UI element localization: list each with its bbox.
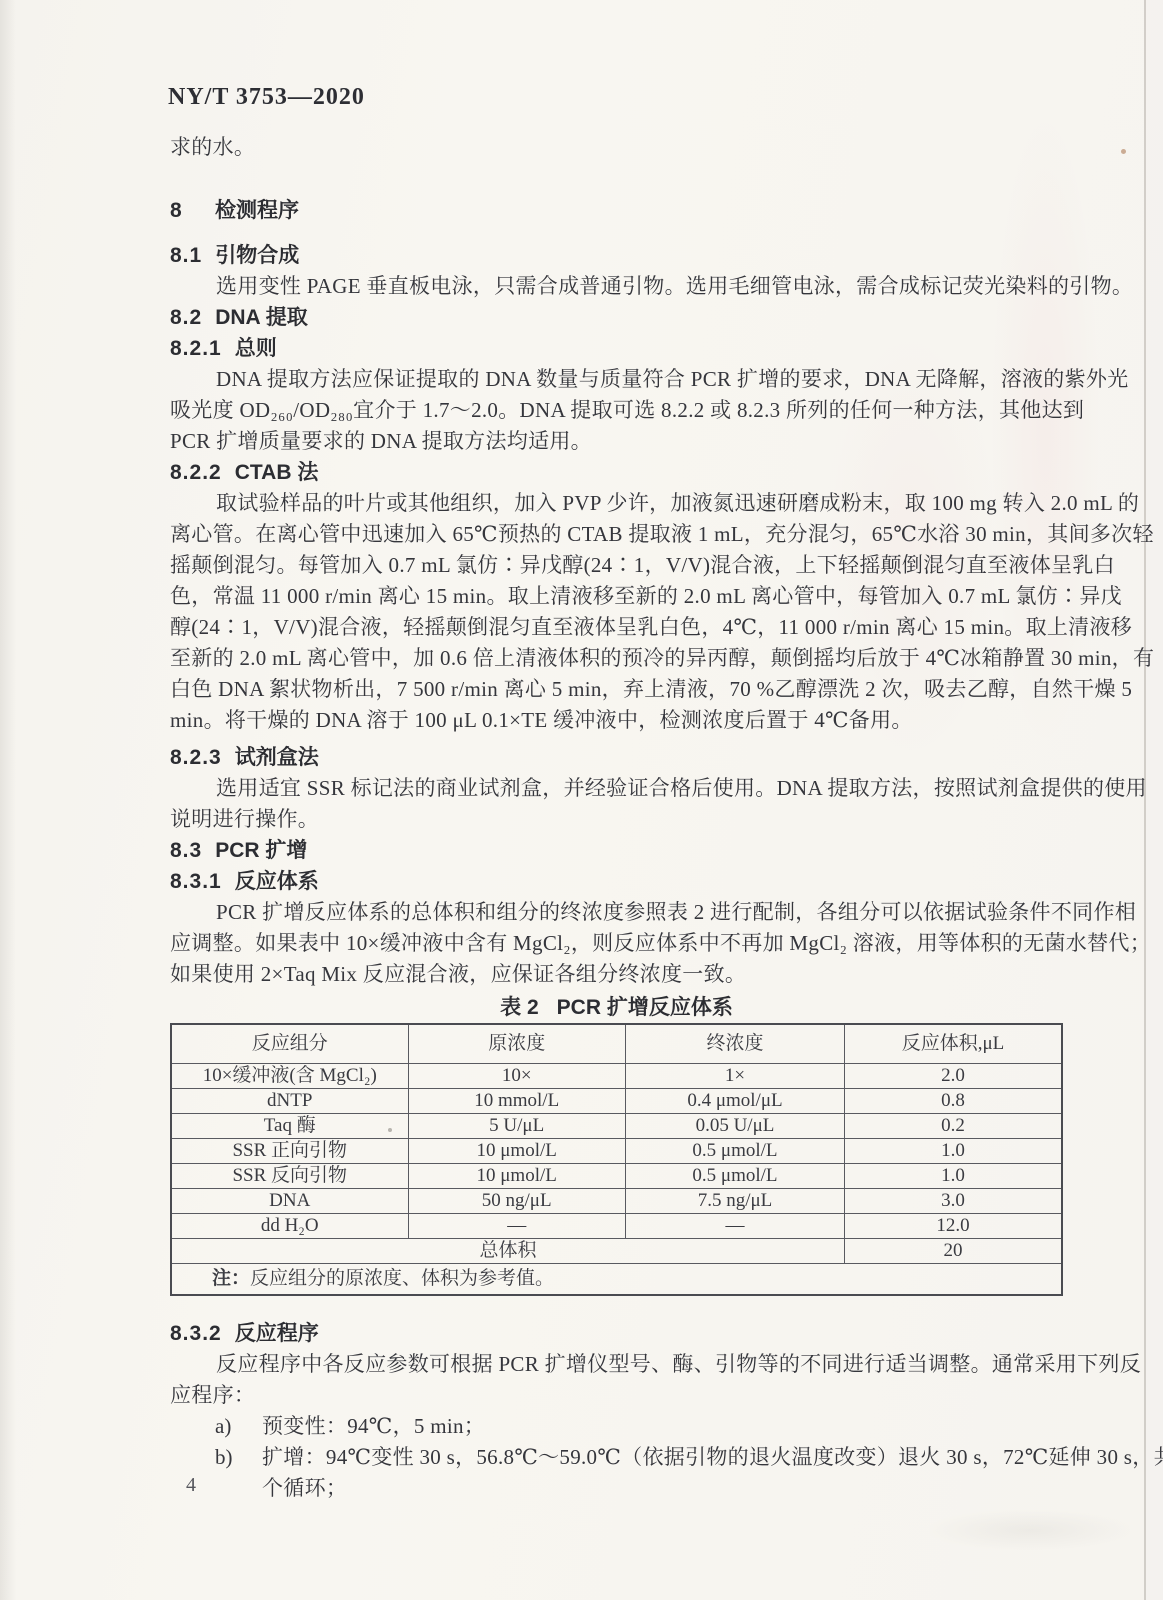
heading-title: 总则 [235,337,277,360]
table-row: dNTP 10 mmol/L 0.4 μmol/μL 0.8 [171,1089,1062,1114]
doc-code: NY/T 3753—2020 [168,84,365,111]
paragraph-8-2-1: DNA 提取方法应保证提取的 DNA 数量与质量符合 PCR 扩增的要求，DNA… [170,364,1063,457]
scan-left-shadow [0,0,16,1600]
list-item-b: b) 扩增：94℃变性 30 s，56.8℃～59.0℃（依据引物的退火温度改变… [170,1442,1063,1504]
heading-title: 反应体系 [235,870,319,893]
paragraph-8-2-2: 取试验样品的叶片或其他组织，加入 PVP 少许，加液氮迅速研磨成粉末，取 100… [170,488,1063,736]
table-cell: dNTP [171,1089,408,1114]
table-row: DNA 50 ng/μL 7.5 ng/μL 3.0 [171,1189,1062,1214]
table-cell: 50 ng/μL [408,1189,625,1214]
list-item-text: 扩增：94℃变性 30 s，56.8℃～59.0℃（依据引物的退火温度改变）退火… [262,1442,1163,1504]
table-cell: 1.0 [845,1139,1062,1164]
table-cell: SSR 反向引物 [171,1164,408,1189]
table-cell: 1.0 [845,1164,1062,1189]
text-line: 白色 DNA 絮状物析出，7 500 r/min 离心 5 min，弃上清液，7… [170,674,1063,705]
table-cell: — [625,1214,844,1239]
table-row: SSR 正向引物 10 μmol/L 0.5 μmol/L 1.0 [171,1139,1062,1164]
table-row: 10×缓冲液(含 MgCl₂) 10× 1× 2.0 [171,1064,1062,1089]
heading-title: 引物合成 [215,244,299,267]
table-cell: 0.5 μmol/L [625,1164,844,1189]
table-total-label: 总体积 [171,1239,845,1264]
section-heading-8-2-3: 8.2.3试剂盒法 [170,742,1063,773]
section-heading-8: 8检测程序 [170,195,1063,226]
table-cell: 10× [408,1064,625,1089]
table-row: Taq 酶 5 U/μL 0.05 U/μL 0.2 [171,1114,1062,1139]
table-row: dd H₂O — — 12.0 [171,1214,1062,1239]
section-heading-8-2-1: 8.2.1总则 [170,333,1063,364]
heading-number: 8.2 [170,306,202,329]
heading-title: CTAB 法 [235,461,319,484]
table-cell: 7.5 ng/μL [625,1189,844,1214]
text-line: 预变性：94℃，5 min； [262,1411,1063,1442]
table-cell: 10 mmol/L [408,1089,625,1114]
text-line: PCR 扩增质量要求的 DNA 提取方法均适用。 [170,426,1063,457]
text-line: 应调整。如果表中 10×缓冲液中含有 MgCl₂，则反应体系中不再加 MgCl₂… [170,928,1063,959]
heading-number: 8.3 [170,839,202,862]
text-line: 选用变性 PAGE 垂直板电泳，只需合成普通引物。选用毛细管电泳，需合成标记荧光… [170,271,1063,302]
section-heading-8-2: 8.2DNA 提取 [170,302,1063,333]
paragraph-8-2-3: 选用适宜 SSR 标记法的商业试剂盒，并经验证合格后使用。DNA 提取方法，按照… [170,773,1063,835]
pcr-reaction-table: 反应组分 原浓度 终浓度 反应体积,μL 10×缓冲液(含 MgCl₂) 10×… [170,1023,1063,1296]
table-cell: 0.4 μmol/μL [625,1089,844,1114]
text-line: 离心管。在离心管中迅速加入 65℃预热的 CTAB 提取液 1 mL，充分混匀，… [170,519,1063,550]
table-note-text: 反应组分的原浓度、体积为参考值。 [250,1268,554,1289]
table-cell: 2.0 [845,1064,1062,1089]
heading-number: 8.2.1 [170,337,222,360]
table-cell: 3.0 [845,1189,1062,1214]
text-line: 扩增：94℃变性 30 s，56.8℃～59.0℃（依据引物的退火温度改变）退火… [262,1442,1163,1473]
list-item-label: b) [170,1442,262,1473]
text-line: DNA 提取方法应保证提取的 DNA 数量与质量符合 PCR 扩增的要求，DNA… [170,364,1063,395]
table-header-cell: 终浓度 [625,1024,844,1064]
heading-number: 8.2.3 [170,746,222,769]
heading-title: 反应程序 [235,1322,319,1345]
table-total-row: 总体积 20 [171,1239,1062,1264]
table-header-cell: 反应组分 [171,1024,408,1064]
text-line: 色，常温 11 000 r/min 离心 15 min。取上清液移至新的 2.0… [170,581,1063,612]
table-total-value: 20 [845,1239,1062,1264]
table-header-cell: 原浓度 [408,1024,625,1064]
list-item-text: 预变性：94℃，5 min； [262,1411,1063,1442]
table-caption-title: PCR 扩增反应体系 [557,996,733,1019]
list-item-label-text: a) [215,1411,262,1442]
scan-speck [1121,149,1126,154]
text-line: 醇(24∶1，V/V)混合液，轻摇颠倒混匀直至液体呈乳白色，4℃，11 000 … [170,612,1063,643]
heading-number: 8.3.2 [170,1322,222,1345]
table-caption: 表 2PCR 扩增反应体系 [170,992,1063,1023]
section-heading-8-3-2: 8.3.2反应程序 [170,1318,1063,1349]
table-cell: 0.2 [845,1114,1062,1139]
text-line: 取试验样品的叶片或其他组织，加入 PVP 少许，加液氮迅速研磨成粉末，取 100… [170,488,1063,519]
heading-title: PCR 扩增 [215,839,307,862]
page-content: 求的水。 8检测程序 8.1引物合成 选用变性 PAGE 垂直板电泳，只需合成普… [170,132,1063,1504]
table-cell: DNA [171,1189,408,1214]
section-heading-8-3-1: 8.3.1反应体系 [170,866,1063,897]
document-page: NY/T 3753—2020 求的水。 8检测程序 8.1引物合成 选用变性 P… [0,0,1163,1600]
text-line: 选用适宜 SSR 标记法的商业试剂盒，并经验证合格后使用。DNA 提取方法，按照… [170,773,1063,804]
table-cell: 0.5 μmol/L [625,1139,844,1164]
paragraph-8-3-1: PCR 扩增反应体系的总体积和组分的终浓度参照表 2 进行配制，各组分可以依据试… [170,897,1063,990]
table-cell: 1× [625,1064,844,1089]
text-line: min。将干燥的 DNA 溶于 100 μL 0.1×TE 缓冲液中，检测浓度后… [170,705,1063,736]
table-cell: SSR 正向引物 [171,1139,408,1164]
text-line: 反应程序中各反应参数可根据 PCR 扩增仪型号、酶、引物等的不同进行适当调整。通… [170,1349,1063,1380]
list-item-label-text: b) [215,1442,262,1473]
continuation-line: 求的水。 [170,132,1063,163]
page-number: 4 [186,1474,196,1497]
table-cell: — [408,1214,625,1239]
section-heading-8-1: 8.1引物合成 [170,240,1063,271]
table-cell: 5 U/μL [408,1114,625,1139]
table-header-row: 反应组分 原浓度 终浓度 反应体积,μL [171,1024,1062,1064]
text-line: 个循环； [262,1473,1163,1504]
paragraph-8-1: 选用变性 PAGE 垂直板电泳，只需合成普通引物。选用毛细管电泳，需合成标记荧光… [170,271,1063,302]
text-line: PCR 扩增反应体系的总体积和组分的终浓度参照表 2 进行配制，各组分可以依据试… [170,897,1063,928]
list-item-a: a) 预变性：94℃，5 min； [170,1411,1063,1442]
scan-smudge [930,1510,1130,1550]
paragraph-8-3-2: 反应程序中各反应参数可根据 PCR 扩增仪型号、酶、引物等的不同进行适当调整。通… [170,1349,1063,1411]
heading-number: 8 [170,195,215,226]
table-note-label: 注： [212,1268,250,1289]
table-cell: 10 μmol/L [408,1164,625,1189]
text-line: 吸光度 OD₂₆₀/OD₂₈₀宜介于 1.7～2.0。DNA 提取可选 8.2.… [170,395,1063,426]
heading-number: 8.1 [170,244,202,267]
text-line: 摇颠倒混匀。每管加入 0.7 mL 氯仿∶异戊醇(24∶1，V/V)混合液，上下… [170,550,1063,581]
table-cell: 10×缓冲液(含 MgCl₂) [171,1064,408,1089]
text-line: 至新的 2.0 mL 离心管中，加 0.6 倍上清液体积的预冷的异丙醇，颠倒摇均… [170,643,1063,674]
table-row: SSR 反向引物 10 μmol/L 0.5 μmol/L 1.0 [171,1164,1062,1189]
heading-title: 试剂盒法 [235,746,319,769]
table-note-cell: 注：反应组分的原浓度、体积为参考值。 [171,1264,1062,1296]
heading-number: 8.2.2 [170,461,222,484]
table-cell: dd H₂O [171,1214,408,1239]
table-note-row: 注：反应组分的原浓度、体积为参考值。 [171,1264,1062,1296]
table-cell: 12.0 [845,1214,1062,1239]
table-cell: 10 μmol/L [408,1139,625,1164]
heading-number: 8.3.1 [170,870,222,893]
text-line: 应程序： [170,1380,1063,1411]
section-heading-8-2-2: 8.2.2CTAB 法 [170,457,1063,488]
table-caption-label: 表 2 [500,996,539,1019]
text-line: 说明进行操作。 [170,804,1063,835]
heading-title: 检测程序 [215,199,299,222]
page-edge-margin [1146,0,1163,1600]
heading-title: DNA 提取 [215,306,308,329]
section-heading-8-3: 8.3PCR 扩增 [170,835,1063,866]
list-item-label: a) [170,1411,262,1442]
table-cell: 0.8 [845,1089,1062,1114]
table-header-cell: 反应体积,μL [845,1024,1062,1064]
text-line: 如果使用 2×Taq Mix 反应混合液，应保证各组分终浓度一致。 [170,959,1063,990]
table-cell: Taq 酶 [171,1114,408,1139]
table-cell: 0.05 U/μL [625,1114,844,1139]
